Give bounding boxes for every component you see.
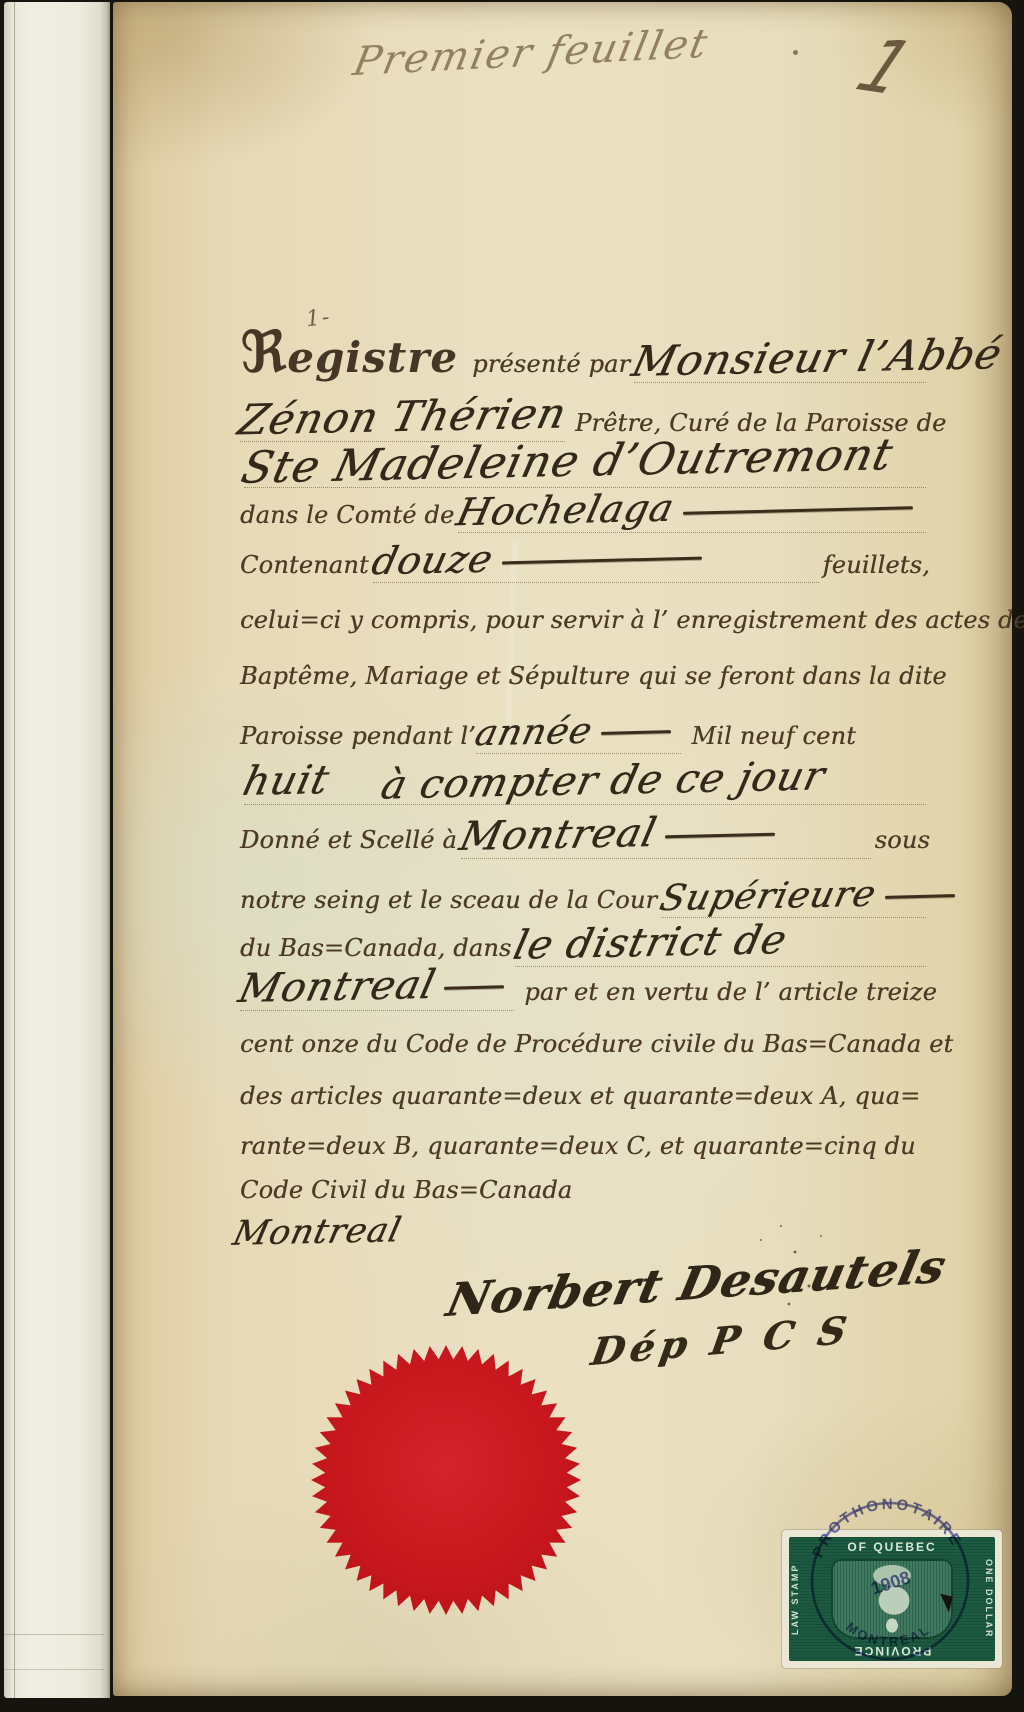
ornate-initial: ℜ — [240, 318, 287, 386]
notary-date-stamp: PROTHONOTAIRE MONTREAL 1908 — [795, 1486, 985, 1676]
printed-text: sous — [875, 826, 930, 854]
handwritten-fill: à compter de ce jour — [377, 753, 830, 808]
form-blank: huità compter de ce jour — [244, 758, 926, 805]
handwritten-fill: douze — [367, 537, 497, 583]
form-line-codecivil: Code Civil du Bas=Canada — [240, 1176, 930, 1204]
printed-text: Mil neuf cent — [691, 722, 856, 750]
form-line-annee: Paroisse pendant l’ année Mil neuf cent — [240, 712, 930, 754]
printed-text: Baptême, Mariage et Sépulture qui se fer… — [240, 662, 947, 690]
form-line-sceau: notre seing et le sceau de la Cour Supér… — [240, 876, 930, 918]
form-line-huit: huità compter de ce jour — [240, 758, 930, 805]
printed-text: Donné et Scellé à — [240, 826, 457, 854]
pen-stroke — [601, 730, 671, 735]
form-blank: Supérieure — [661, 876, 926, 918]
handwritten-fill: le district de — [510, 917, 792, 969]
printed-text: Paroisse pendant l’ — [240, 722, 476, 750]
handwritten-fill: Montreal — [455, 810, 661, 860]
handwritten-fill: Supérieure — [656, 874, 880, 919]
handwritten-fill: huit — [239, 757, 334, 805]
form-line-compris: celui=ci y compris, pour servir à l’ enr… — [240, 606, 930, 634]
red-seal — [308, 1342, 584, 1618]
seal-serrated-disc — [311, 1345, 581, 1615]
printed-text: cent onze du Code de Procédure civile du… — [240, 1030, 953, 1058]
printed-text: Contenant — [240, 551, 369, 579]
form-blank: Zénon Thérien — [240, 392, 565, 442]
form-line-montreal: Montreal — [234, 1212, 924, 1252]
handwritten-fill: année — [471, 711, 596, 754]
printed-text: présenté par — [472, 350, 630, 378]
form-line-bascanada: du Bas=Canada, dans le district de — [240, 920, 930, 967]
register-title-page-photo: Premier feuillet 1 1- ℜegistre présenté … — [0, 0, 1024, 1712]
form-line-registre: ℜegistre présenté par Monsieur l’Abbé — [240, 318, 930, 386]
form-line-centonze: cent onze du Code de Procédure civile du… — [240, 1030, 930, 1058]
overprint-year: 1908 — [868, 1567, 912, 1598]
printed-text: dans le Comté de — [240, 501, 454, 529]
handwritten-fill: Ste Madeleine d’Outremont — [237, 429, 898, 494]
pen-stroke — [444, 985, 504, 989]
svg-text:MONTREAL: MONTREAL — [843, 1619, 933, 1649]
handwritten-fill: Montreal — [234, 962, 440, 1012]
overprint-bottom-text: MONTREAL — [843, 1619, 933, 1649]
handwritten-fill: Monsieur l’Abbé — [628, 329, 1007, 386]
ink-specks — [780, 1225, 782, 1227]
form-line-articles: des articles quarante=deux et quarante=d… — [240, 1082, 930, 1110]
printed-text: feuillets, — [823, 551, 930, 579]
registre-ornate-word: ℜegistre — [240, 318, 458, 386]
printed-text: rante=deux B, quarante=deux C, et quaran… — [240, 1132, 916, 1160]
form-line-paroisse: Ste Madeleine d’Outremont — [240, 436, 930, 488]
form-blank: Monsieur l’Abbé — [634, 333, 926, 383]
form-line-bapteme: Baptême, Mariage et Sépulture qui se fer… — [240, 662, 930, 690]
book-binding-edge — [4, 2, 110, 1698]
form-blank: année — [476, 712, 681, 754]
pen-stroke — [683, 506, 913, 515]
printed-text: par et en vertu de l’ article treize — [524, 978, 937, 1006]
pen-stroke — [665, 832, 775, 838]
printed-text: Code Civil du Bas=Canada — [240, 1176, 572, 1204]
form-line-contenant: Contenant douze feuillets, — [240, 538, 930, 583]
svg-text:PROTHONOTAIRE: PROTHONOTAIRE — [809, 1496, 965, 1560]
form-line-comte: dans le Comté de Hochelaga — [240, 488, 930, 533]
printed-text: notre seing et le sceau de la Cour — [240, 886, 657, 914]
paper-speck — [793, 50, 798, 55]
printed-text: celui=ci y compris, pour servir à l’ enr… — [240, 606, 1024, 634]
printed-text: du Bas=Canada, dans — [240, 934, 511, 962]
form-blank: Ste Madeleine d’Outremont — [244, 436, 926, 488]
handwritten-fill: Montreal — [229, 1210, 405, 1253]
form-blank: Hochelaga — [458, 488, 926, 533]
handwritten-fill: Hochelaga — [453, 486, 679, 534]
form-blank: Montreal — [240, 964, 514, 1011]
form-blank: Montreal — [461, 812, 871, 859]
pen-stroke — [502, 556, 702, 564]
form-line-district: Montreal par et en vertu de l’ article t… — [240, 964, 930, 1011]
form-line-donne: Donné et Scellé à Montreal sous — [240, 812, 930, 859]
form-line-quarante: rante=deux B, quarante=deux C, et quaran… — [240, 1132, 930, 1160]
form-blank: le district de — [515, 920, 926, 967]
overprint-top-text: PROTHONOTAIRE — [809, 1496, 965, 1560]
form-blank: douze — [373, 538, 819, 583]
printed-text: des articles quarante=deux et quarante=d… — [240, 1082, 920, 1110]
